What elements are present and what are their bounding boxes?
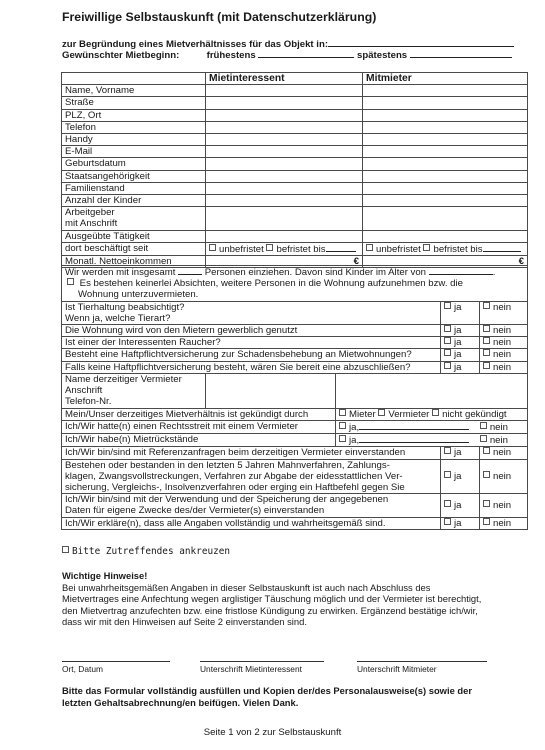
object-input[interactable] (328, 37, 514, 47)
dispute-row: Ich/Wir hatte(n) einen Rechtsstreit mit … (62, 421, 528, 434)
earliest-label: frühestens (207, 50, 256, 61)
question-row: Besteht eine Haftpflichtversicherung zur… (62, 349, 528, 361)
mietinteressent-field[interactable] (206, 158, 363, 170)
checkbox-unbefristet[interactable] (366, 244, 373, 251)
question-line: Bestehen oder bestanden in den letzten 5… (65, 460, 440, 471)
employment-options-mietinteressent: unbefristet befristet bis (206, 242, 363, 255)
start-line: Gewünschter Mietbeginn: frühestens späte… (62, 48, 512, 61)
yes-option[interactable]: ja (441, 325, 480, 337)
checkbox[interactable] (444, 518, 451, 525)
row-label: Straße (62, 97, 206, 109)
checkbox-befristet[interactable] (266, 244, 273, 251)
question-line: klagen, Zwangsvollstreckungen, Verfahren… (65, 471, 440, 482)
checkbox[interactable] (444, 500, 451, 507)
no-option[interactable]: nein (480, 301, 528, 324)
latest-label: spätestens (357, 50, 407, 61)
checkbox-befristet[interactable] (423, 244, 430, 251)
mitmieter-field[interactable] (363, 121, 528, 133)
question-row: Ich/Wir bin/sind mit Referenzanfragen be… (62, 447, 528, 459)
yes-option[interactable]: ja (441, 447, 480, 459)
question-row: Falls keine Haftpflichtversicherung best… (62, 361, 528, 373)
persons-count-field[interactable] (178, 266, 202, 275)
header-empty (62, 73, 206, 85)
question-text: Bestehen oder bestanden in den letzten 5… (62, 459, 441, 494)
mitmieter-field[interactable] (363, 85, 528, 97)
no-label: nein (493, 325, 511, 336)
landlord-labels: Name derzeitiger VermieterAnschriftTelef… (62, 373, 206, 408)
check-hint-text: Bitte Zutreffendes ankreuzen (72, 546, 230, 557)
table-row: Telefon (62, 121, 528, 133)
dispute-text: Ich/Wir hatte(n) einen Rechtsstreit mit … (62, 421, 336, 434)
no-sublet-checkbox[interactable] (67, 278, 74, 285)
no-option[interactable]: nein (480, 447, 528, 459)
table-row: Ausgeübte Tätigkeit (62, 230, 528, 242)
question-text: Ich/Wir bin/sind mit Referenzanfragen be… (62, 447, 441, 459)
checkbox-icon (62, 546, 69, 553)
checkbox[interactable] (483, 447, 490, 454)
landlord-row: Name derzeitiger VermieterAnschriftTelef… (62, 373, 528, 408)
employment-options-mitmieter: unbefristet befristet bis (363, 242, 528, 255)
question-line: Ich/Wir bin/sind mit der Verwendung und … (65, 494, 440, 505)
checkbox[interactable] (444, 362, 451, 369)
dispute-options: ja, nein (336, 434, 528, 447)
closing-line: letzten Gehaltsabrechnung/en beifügen. V… (62, 697, 472, 709)
landlord-name-label: Name derzeitiger Vermieter (65, 374, 205, 385)
mietinteressent-field[interactable] (206, 170, 363, 182)
mietinteressent-field[interactable] (206, 182, 363, 194)
yes-option[interactable]: ja (441, 494, 480, 517)
period: . (493, 267, 496, 278)
checkbox[interactable] (444, 337, 451, 344)
no-option[interactable]: nein (480, 494, 528, 517)
no-label: nein (493, 471, 511, 482)
table-row: Familienstand (62, 182, 528, 194)
question-line: Ist Tierhaltung beabsichtigt? (65, 302, 440, 313)
signature-line-mitmieter[interactable] (357, 661, 487, 662)
checkbox[interactable] (483, 471, 490, 478)
occupancy-line: Wir werden mit insgesamt Personen einzie… (65, 266, 527, 278)
question-text: Ich/Wir erkläre(n), dass alle Angaben vo… (62, 517, 441, 529)
latest-input[interactable] (410, 48, 512, 58)
checkbox[interactable] (483, 349, 490, 356)
mietinteressent-field[interactable] (206, 207, 363, 230)
row-label: Telefon (62, 121, 206, 133)
question-text: Ist Tierhaltung beabsichtigt?Wenn ja, we… (62, 301, 441, 324)
no-option[interactable]: nein (480, 349, 528, 361)
mitmieter-field[interactable] (363, 158, 528, 170)
notes-line: dass wir mit den Hinweisen auf Seite 2 e… (62, 616, 532, 628)
question-row: Die Wohnung wird von den Mietern gewerbl… (62, 325, 528, 337)
dispute-text: Ich/Wir habe(n) Mietrückstände (62, 434, 336, 447)
row-label: Handy (62, 134, 206, 146)
checkbox[interactable] (444, 471, 451, 478)
occupancy-text: Wir werden mit insgesamt (65, 267, 175, 278)
yes-label: ja (454, 337, 461, 348)
notes-line: den Mietvertrag anzufechten bzw. eine fr… (62, 605, 532, 617)
checkbox[interactable] (444, 325, 451, 332)
no-label: nein (493, 302, 511, 313)
yes-label: ja (454, 447, 461, 458)
landlord-phone-label: Telefon-Nr. (65, 396, 205, 407)
row-label: Name, Vorname (62, 85, 206, 97)
mietinteressent-field[interactable] (206, 121, 363, 133)
row-label-line1: Arbeitgeber (65, 207, 205, 218)
checkbox[interactable] (483, 362, 490, 369)
signature-label: Unterschrift Mitmieter (357, 664, 437, 674)
yes-option[interactable]: ja (441, 517, 480, 529)
mietinteressent-field[interactable] (206, 109, 363, 121)
option-label: unbefristet (376, 244, 421, 255)
mietinteressent-field[interactable] (206, 85, 363, 97)
no-option[interactable]: nein (480, 517, 528, 529)
option-label: befristet bis (276, 244, 325, 255)
checkbox-mieter[interactable] (339, 409, 346, 416)
no-option[interactable]: nein (480, 459, 528, 494)
option-label: befristet bis (433, 244, 482, 255)
mietinteressent-field[interactable] (206, 230, 363, 242)
mitmieter-field[interactable] (363, 170, 528, 182)
no-label: nein (493, 447, 511, 458)
no-label: nein (493, 337, 511, 348)
occupancy-row: Wir werden mit insgesamt Personen einzie… (62, 266, 528, 302)
signature-label: Unterschrift Mietinteressent (200, 664, 302, 674)
checkbox-unbefristet[interactable] (209, 244, 216, 251)
question-row: Ich/Wir erkläre(n), dass alle Angaben vo… (62, 517, 528, 529)
checkbox[interactable] (483, 337, 490, 344)
question-row: Ist einer der Interessenten Raucher? ja … (62, 337, 528, 349)
no-sublet-line2: Wohnung unterzuvermieten. (65, 289, 527, 300)
checkbox[interactable] (483, 518, 490, 525)
header-mietinteressent: Mietinteressent (206, 73, 363, 85)
signature-label: Ort, Datum (62, 664, 103, 674)
page-footer: Seite 1 von 2 zur Selbstauskunft (0, 727, 545, 738)
no-option[interactable]: nein (480, 325, 528, 337)
checkbox[interactable] (444, 302, 451, 309)
dispute-details-field[interactable] (359, 421, 469, 430)
no-label: nein (493, 518, 511, 529)
yes-label: ja (454, 325, 461, 336)
row-label: E-Mail (62, 146, 206, 158)
option-label: nicht gekündigt (442, 409, 507, 420)
table-row: Geburtsdatum (62, 158, 528, 170)
no-label: nein (493, 500, 511, 511)
closing-note: Bitte das Formular vollständig ausfüllen… (62, 685, 472, 709)
question-text: Besteht eine Haftpflichtversicherung zur… (62, 349, 441, 361)
option-label: unbefristet (219, 244, 264, 255)
table-header-row: Mietinteressent Mitmieter (62, 73, 528, 85)
notes-line: Bei unwahrheitsgemäßen Angaben in dieser… (62, 582, 532, 594)
notes-heading: Wichtige Hinweise! (62, 570, 532, 582)
row-label: Ausgeübte Tätigkeit (62, 230, 206, 242)
no-option[interactable]: nein (480, 337, 528, 349)
landlord-field-mitmieter[interactable] (336, 373, 528, 408)
closing-line: Bitte das Formular vollständig ausfüllen… (62, 685, 472, 697)
mitmieter-field[interactable] (363, 207, 528, 230)
occupancy-text: Personen einziehen. Davon sind Kinder im… (205, 267, 426, 278)
termination-label: Mein/Unser derzeitiges Mietverhältnis is… (62, 408, 336, 420)
employment-row: dort beschäftigt seit unbefristet befris… (62, 242, 528, 255)
dispute-row: Ich/Wir habe(n) Mietrückstände ja, nein (62, 434, 528, 447)
question-line: Daten für eigene Zwecke des/der Vermiete… (65, 505, 440, 516)
question-text: Ist einer der Interessenten Raucher? (62, 337, 441, 349)
mietinteressent-field[interactable] (206, 97, 363, 109)
table-row: Arbeitgebermit Anschrift (62, 207, 528, 230)
yes-label: ja, (349, 435, 359, 446)
header-mitmieter: Mitmieter (363, 73, 528, 85)
befristet-date-field[interactable] (326, 243, 356, 252)
signature-line-date[interactable] (62, 661, 170, 662)
no-label: nein (493, 362, 511, 373)
yes-label: ja (454, 362, 461, 373)
question-text: Die Wohnung wird von den Mietern gewerbl… (62, 325, 441, 337)
yes-option[interactable]: ja (441, 459, 480, 494)
termination-row: Mein/Unser derzeitiges Mietverhältnis is… (62, 408, 528, 420)
personal-data-table: Mietinteressent Mitmieter Name, Vorname … (61, 72, 528, 268)
row-label: PLZ, Ort (62, 109, 206, 121)
landlord-field-mietinteressent[interactable] (206, 373, 336, 408)
question-line: Wenn ja, welche Tierart? (65, 313, 440, 324)
occupancy-cell: Wir werden mit insgesamt Personen einzie… (62, 266, 528, 302)
question-row: Bestehen oder bestanden in den letzten 5… (62, 459, 528, 494)
table-row: Handy (62, 134, 528, 146)
yes-option[interactable]: ja (441, 349, 480, 361)
question-text: Falls keine Haftpflichtversicherung best… (62, 361, 441, 373)
yes-option[interactable]: ja (441, 301, 480, 324)
checkbox[interactable] (444, 447, 451, 454)
important-notes: Wichtige Hinweise! Bei unwahrheitsgemäße… (62, 570, 532, 628)
row-label: Staatsangehörigkeit (62, 170, 206, 182)
yes-option[interactable]: ja (441, 361, 480, 373)
mitmieter-field[interactable] (363, 97, 528, 109)
termination-options: Mieter Vermieter nicht gekündigt (336, 408, 528, 420)
no-label: nein (493, 349, 511, 360)
yes-label: ja, (349, 422, 359, 433)
arrears-details-field[interactable] (359, 434, 469, 443)
yes-label: ja (454, 302, 461, 313)
row-label: Anzahl der Kinder (62, 195, 206, 207)
signature-line-mietinteressent[interactable] (200, 661, 324, 662)
checkbox[interactable] (444, 349, 451, 356)
question-row: Ist Tierhaltung beabsichtigt?Wenn ja, we… (62, 301, 528, 324)
row-label: Arbeitgebermit Anschrift (62, 207, 206, 230)
check-hint: Bitte Zutreffendes ankreuzen (62, 546, 230, 557)
checkbox-ja[interactable] (339, 422, 346, 429)
row-label: Geburtsdatum (62, 158, 206, 170)
mietinteressent-field[interactable] (206, 195, 363, 207)
no-label: nein (490, 435, 508, 446)
question-line: sicherung, Vergleichs-, Insolvenzverfahr… (65, 482, 440, 493)
question-row: Ich/Wir bin/sind mit der Verwendung und … (62, 494, 528, 517)
befristet-date-field[interactable] (483, 243, 521, 252)
table-row: Straße (62, 97, 528, 109)
checkbox-nein[interactable] (480, 435, 487, 442)
yes-label: ja (454, 500, 461, 511)
mitmieter-field[interactable] (363, 195, 528, 207)
option-label: Mieter (349, 409, 376, 420)
dispute-options: ja, nein (336, 421, 528, 434)
earliest-input[interactable] (258, 48, 354, 58)
mitmieter-field[interactable] (363, 146, 528, 158)
option-label: Vermieter (388, 409, 429, 420)
checkbox[interactable] (483, 500, 490, 507)
checkbox-nicht-gekuendigt[interactable] (432, 409, 439, 416)
mitmieter-field[interactable] (363, 182, 528, 194)
checkbox[interactable] (483, 325, 490, 332)
mitmieter-field[interactable] (363, 230, 528, 242)
row-label: Familienstand (62, 182, 206, 194)
no-label: nein (490, 422, 508, 433)
table-row: Staatsangehörigkeit (62, 170, 528, 182)
mitmieter-field[interactable] (363, 134, 528, 146)
table-row: Name, Vorname (62, 85, 528, 97)
checkbox-nein[interactable] (480, 422, 487, 429)
start-label: Gewünschter Mietbeginn: (62, 50, 179, 61)
table-row: Anzahl der Kinder (62, 195, 528, 207)
table-row: E-Mail (62, 146, 528, 158)
yes-label: ja (454, 518, 461, 529)
mietinteressent-field[interactable] (206, 146, 363, 158)
checkbox-ja[interactable] (339, 435, 346, 442)
children-age-field[interactable] (429, 266, 493, 275)
mitmieter-field[interactable] (363, 109, 528, 121)
checkbox[interactable] (483, 302, 490, 309)
no-option[interactable]: nein (480, 361, 528, 373)
landlord-address-label: Anschrift (65, 385, 205, 396)
questions-table: Wir werden mit insgesamt Personen einzie… (61, 265, 528, 530)
row-label-line2: mit Anschrift (65, 218, 205, 229)
checkbox-vermieter[interactable] (378, 409, 385, 416)
notes-line: Mietvertrages eine Anfechtung wegen argl… (62, 593, 532, 605)
question-text: Ich/Wir bin/sind mit der Verwendung und … (62, 494, 441, 517)
yes-label: ja (454, 349, 461, 360)
table-row: PLZ, Ort (62, 109, 528, 121)
yes-option[interactable]: ja (441, 337, 480, 349)
yes-label: ja (454, 471, 461, 482)
row-label: dort beschäftigt seit (62, 242, 206, 255)
no-sublet-text: Es bestehen keinerlei Absichten, weitere… (80, 278, 463, 289)
no-sublet-line: Es bestehen keinerlei Absichten, weitere… (65, 278, 527, 289)
mietinteressent-field[interactable] (206, 134, 363, 146)
document-title: Freiwillige Selbstauskunft (mit Datensch… (62, 10, 376, 24)
